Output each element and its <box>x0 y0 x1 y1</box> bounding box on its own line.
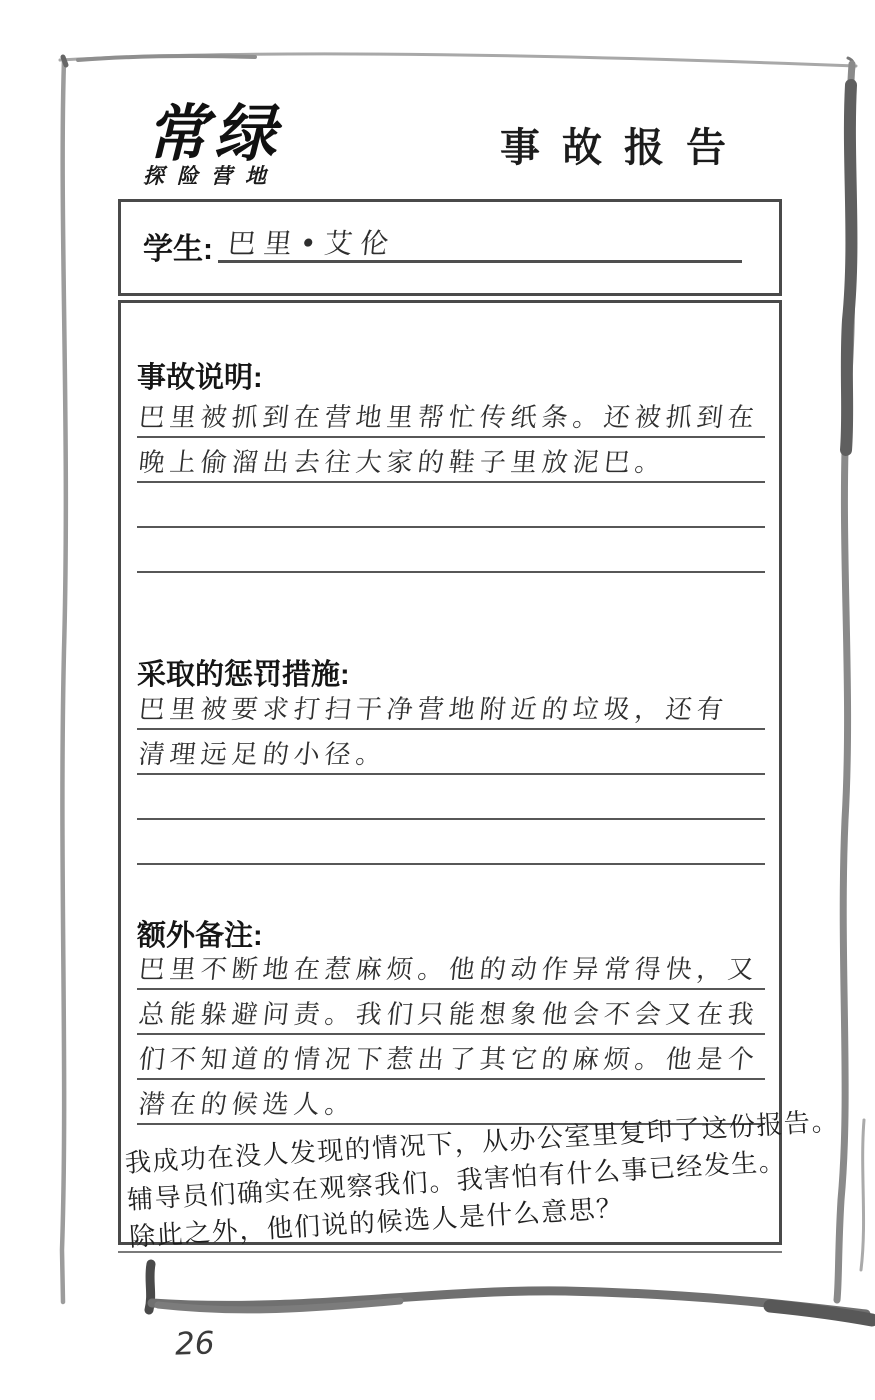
handwritten-text: 潜在的候选人。 <box>137 1084 358 1121</box>
page-number: 26 <box>174 1325 215 1362</box>
student-field-box: 学生: <box>118 199 782 296</box>
report-title: 事故报告 <box>500 116 748 173</box>
ruled-line <box>137 528 765 573</box>
scanned-incident-report-page: 常绿 探险营地 事故报告 学生: 巴里•艾伦 事故说明: 巴里被抓到在营地里帮忙… <box>0 0 875 1400</box>
sheet-bottom-edge-dark <box>770 1306 872 1320</box>
section-incident-description-lines: 巴里被抓到在营地里帮忙传纸条。还被抓到在 晚上偷溜出去往大家的鞋子里放泥巴。 <box>137 393 765 573</box>
handwritten-text: 清理远足的小径。 <box>137 734 389 771</box>
sheet-bottom-edge <box>152 1291 866 1314</box>
ruled-line <box>137 775 765 820</box>
ruled-line: 清理远足的小径。 <box>137 730 765 775</box>
handwritten-text: 晚上偷溜出去往大家的鞋子里放泥巴。 <box>137 442 668 479</box>
handwritten-text: 巴里被要求打扫干净营地附近的垃圾，还有 <box>137 689 730 726</box>
student-label: 学生: <box>143 224 213 268</box>
student-name-underline <box>218 260 742 263</box>
student-name-handwriting: 巴里•艾伦 <box>226 222 399 262</box>
sheet-top-edge-dark <box>78 56 255 60</box>
report-body-box: 事故说明: 巴里被抓到在营地里帮忙传纸条。还被抓到在 晚上偷溜出去往大家的鞋子里… <box>118 300 782 1245</box>
sheet-topright-hook <box>848 58 854 72</box>
handwritten-text: 们不知道的情况下惹出了其它的麻烦。他是个 <box>137 1039 761 1076</box>
handwritten-text: 巴里不断地在惹麻烦。他的动作异常得快，又 <box>137 949 761 986</box>
ruled-line: 总能躲避问责。我们只能想象他会不会又在我 <box>137 990 765 1035</box>
sheet-top-edge <box>60 54 856 66</box>
sheet-bottom-edge-light <box>158 1301 400 1310</box>
ruled-line <box>137 820 765 865</box>
camp-logo-subtitle: 探险营地 <box>143 160 279 190</box>
sheet-bottomleft-blob <box>149 1264 151 1310</box>
ruled-line <box>137 483 765 528</box>
handwritten-text: 总能躲避问责。我们只能想象他会不会又在我 <box>137 994 761 1031</box>
sheet-corner-mark <box>63 57 66 65</box>
sheet-left-edge <box>62 60 66 1302</box>
ruled-line: 巴里被要求打扫干净营地附近的垃圾，还有 <box>137 685 765 730</box>
handwritten-text: 巴里被抓到在营地里帮忙传纸条。还被抓到在 <box>137 397 761 434</box>
section-title-incident-description: 事故说明: <box>137 355 263 396</box>
ruled-line: 们不知道的情况下惹出了其它的麻烦。他是个 <box>137 1035 765 1080</box>
section-additional-notes-lines: 巴里不断地在惹麻烦。他的动作异常得快，又 总能躲避问责。我们只能想象他会不会又在… <box>137 945 765 1125</box>
ruled-line: 晚上偷溜出去往大家的鞋子里放泥巴。 <box>137 438 765 483</box>
ruled-line: 巴里不断地在惹麻烦。他的动作异常得快，又 <box>137 945 765 990</box>
section-punishment-lines: 巴里被要求打扫干净营地附近的垃圾，还有 清理远足的小径。 <box>137 685 765 865</box>
sheet-right-edge-dark <box>846 85 851 450</box>
ruled-line: 巴里被抓到在营地里帮忙传纸条。还被抓到在 <box>137 393 765 438</box>
